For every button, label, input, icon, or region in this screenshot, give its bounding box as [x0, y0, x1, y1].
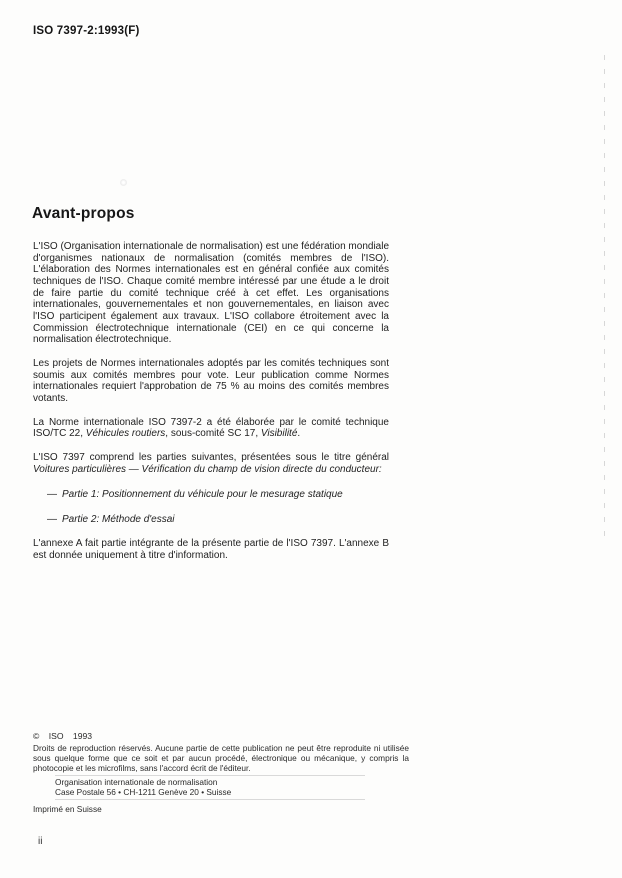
- foreword-paragraph-3: La Norme internationale ISO 7397-2 a été…: [33, 417, 389, 440]
- scan-artifact-smudge: [120, 179, 127, 186]
- parts-list: — Partie 1: Positionnement du véhicule p…: [33, 489, 389, 525]
- document-reference: ISO 7397-2:1993(F): [33, 25, 140, 37]
- list-dash: —: [47, 489, 62, 501]
- list-item-part-2: — Partie 2: Méthode d'essai: [33, 514, 389, 526]
- page-number: ii: [38, 836, 42, 847]
- list-item-part-1: — Partie 1: Positionnement du véhicule p…: [33, 489, 389, 501]
- foreword-paragraph-4: L'ISO 7397 comprend les parties suivante…: [33, 452, 389, 475]
- publisher-block: Organisation internationale de normalisa…: [55, 775, 365, 800]
- list-dash: —: [47, 514, 62, 526]
- foreword-paragraph-1: L'ISO (Organisation internationale de no…: [33, 241, 389, 346]
- foreword-paragraph-2: Les projets de Normes internationales ad…: [33, 358, 389, 405]
- scan-artifact-edge-marks: [604, 55, 605, 540]
- list-item-text: Partie 1: Positionnement du véhicule pou…: [62, 489, 343, 501]
- publisher-address: Case Postale 56 • CH-1211 Genève 20 • Su…: [55, 787, 365, 797]
- document-page: ISO 7397-2:1993(F) Avant-propos L'ISO (O…: [0, 0, 622, 878]
- imprint-footer: © ISO 1993 Droits de reproduction réserv…: [33, 731, 409, 814]
- printed-in-line: Imprimé en Suisse: [33, 804, 409, 814]
- copyright-line: © ISO 1993: [33, 731, 409, 741]
- foreword-body: L'ISO (Organisation internationale de no…: [33, 241, 389, 574]
- rights-notice: Droits de reproduction réservés. Aucune …: [33, 743, 409, 773]
- list-item-text: Partie 2: Méthode d'essai: [62, 514, 175, 526]
- foreword-closing-paragraph: L'annexe A fait partie intégrante de la …: [33, 538, 389, 561]
- foreword-heading: Avant-propos: [32, 205, 135, 223]
- publisher-name: Organisation internationale de normalisa…: [55, 777, 365, 787]
